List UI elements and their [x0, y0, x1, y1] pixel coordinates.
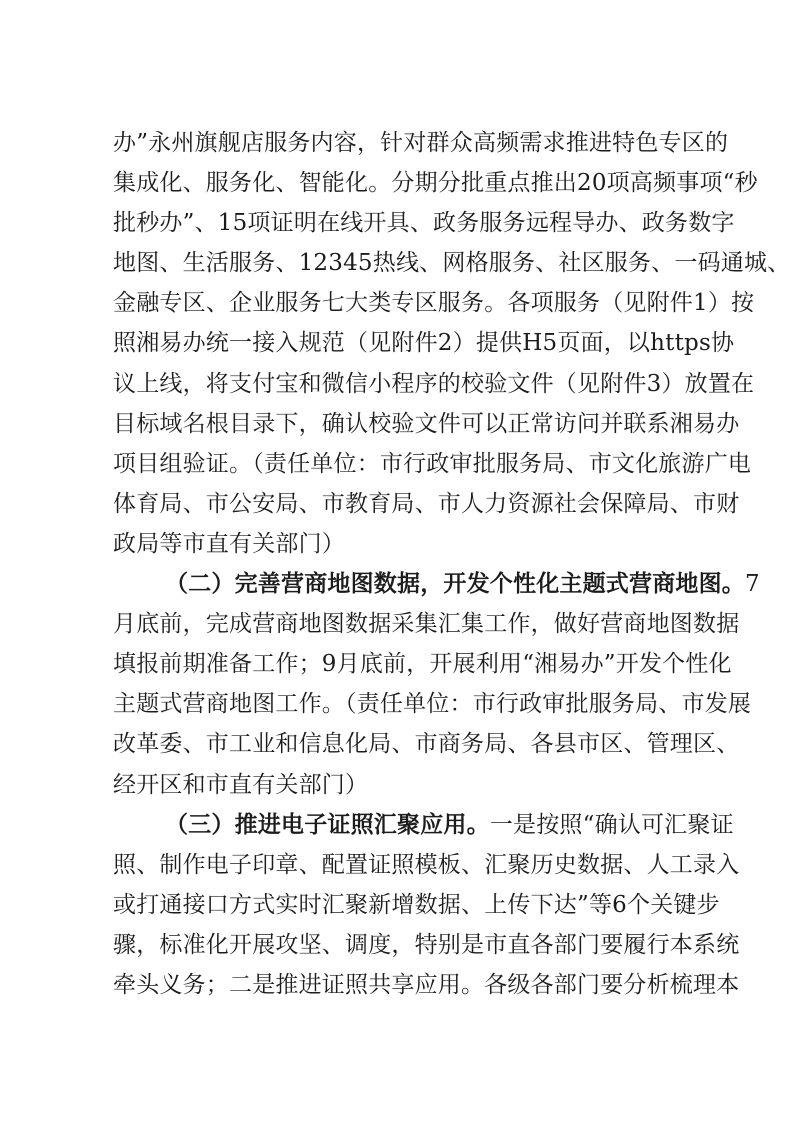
- text-line: 目标域名根目录下，确认校验文件可以正常访问并联系湘易办: [113, 404, 693, 444]
- text-line: 项目组验证。（责任单位：市行政审批服务局、市文化旅游广电: [113, 444, 693, 484]
- text-line: 集成化、服务化、智能化。分期分批重点推出20项高频事项“秒: [113, 163, 693, 203]
- text-line: 批秒办”、15项证明在线开具、政务服务远程导办、政务数字: [113, 203, 693, 243]
- text-line: 经开区和市直有关部门）: [113, 765, 693, 805]
- text-line: 办”永州旗舰店服务内容，针对群众高频需求推进特色专区的: [113, 123, 693, 163]
- text-line: 照、制作电子印章、配置证照模板、汇聚历史数据、人工录入: [113, 845, 693, 885]
- section-heading: （三）推进电子证照汇聚应用。: [165, 811, 490, 838]
- text-line: 照湘易办统一接入规范（见附件2）提供H5页面，以https协: [113, 323, 693, 363]
- heading-line-rest: 7: [745, 571, 760, 597]
- text-line: 月底前，完成营商地图数据采集汇集工作，做好营商地图数据: [113, 604, 693, 644]
- document-page: 办”永州旗舰店服务内容，针对群众高频需求推进特色专区的 集成化、服务化、智能化。…: [0, 0, 793, 1121]
- paragraph-section-2: （二）完善营商地图数据，开发个性化主题式营商地图。7 月底前，完成营商地图数据采…: [113, 564, 693, 805]
- text-line: 地图、生活服务、12345热线、网格服务、社区服务、一码通城、: [113, 243, 693, 283]
- section-heading-line: （三）推进电子证照汇聚应用。一是按照“确认可汇聚证: [113, 805, 693, 845]
- text-line: 政局等市直有关部门）: [113, 524, 693, 564]
- heading-line-rest: 一是按照“确认可汇聚证: [490, 812, 734, 838]
- text-line: 骤，标准化开展攻坚、调度，特别是市直各部门要履行本系统: [113, 925, 693, 965]
- text-line: 改革委、市工业和信息化局、市商务局、各县市区、管理区、: [113, 724, 693, 764]
- text-line: 金融专区、企业服务七大类专区服务。各项服务（见附件1）按: [113, 283, 693, 323]
- text-line: 填报前期准备工作；9月底前，开展利用“湘易办”开发个性化: [113, 644, 693, 684]
- text-line: 或打通接口方式实时汇聚新增数据、上传下达”等6个关键步: [113, 885, 693, 925]
- text-line: 体育局、市公安局、市教育局、市人力资源社会保障局、市财: [113, 484, 693, 524]
- paragraph-continuation: 办”永州旗舰店服务内容，针对群众高频需求推进特色专区的 集成化、服务化、智能化。…: [113, 123, 693, 564]
- document-body: 办”永州旗舰店服务内容，针对群众高频需求推进特色专区的 集成化、服务化、智能化。…: [113, 123, 693, 1005]
- section-heading: （二）完善营商地图数据，开发个性化主题式营商地图。: [165, 570, 745, 597]
- text-line: 主题式营商地图工作。（责任单位：市行政审批服务局、市发展: [113, 684, 693, 724]
- text-line: 牵头义务；二是推进证照共享应用。各级各部门要分析梳理本: [113, 965, 693, 1005]
- paragraph-section-3: （三）推进电子证照汇聚应用。一是按照“确认可汇聚证 照、制作电子印章、配置证照模…: [113, 805, 693, 1005]
- section-heading-line: （二）完善营商地图数据，开发个性化主题式营商地图。7: [113, 564, 693, 604]
- text-line: 议上线，将支付宝和微信小程序的校验文件（见附件3）放置在: [113, 364, 693, 404]
